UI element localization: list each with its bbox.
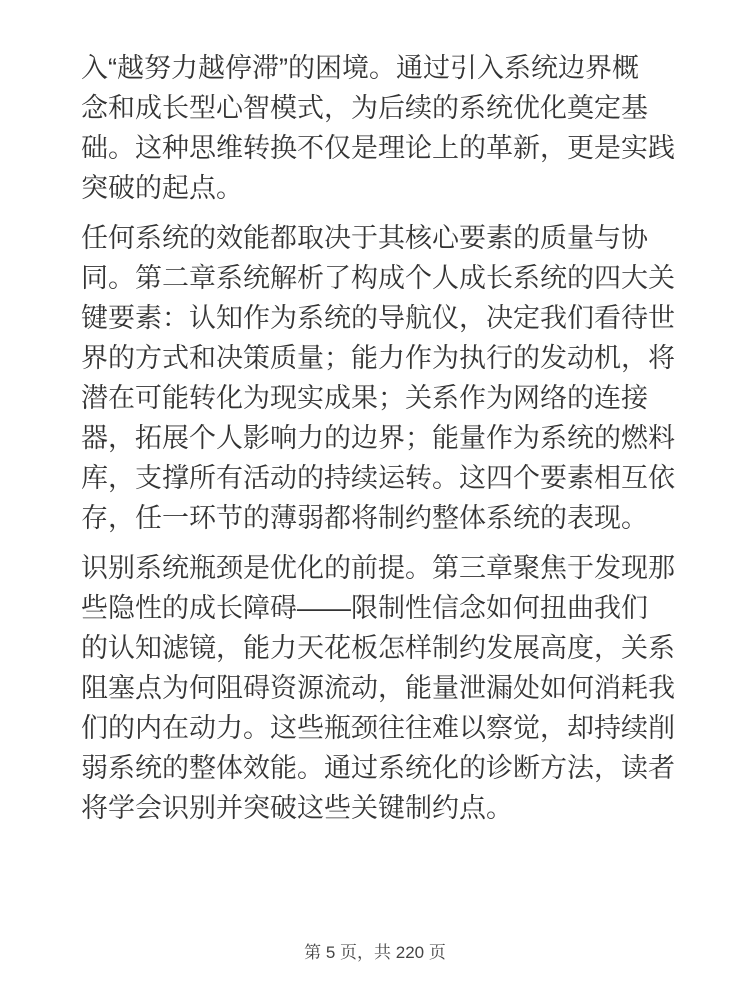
text-line: 弱系统的整体效能。通过系统化的诊断方法，读者 <box>81 748 691 788</box>
paragraph: 任何系统的效能都取决于其核心要素的质量与协 同。第二章系统解析了构成个人成长系统… <box>81 218 691 538</box>
text-line: 同。第二章系统解析了构成个人成长系统的四大关 <box>81 258 691 298</box>
paragraph: 入“越努力越停滞”的困境。通过引入系统边界概 念和成长型心智模式，为后续的系统优… <box>81 48 691 208</box>
text-line: 入“越努力越停滞”的困境。通过引入系统边界概 <box>81 48 691 88</box>
document-page: 入“越努力越停滞”的困境。通过引入系统边界概 念和成长型心智模式，为后续的系统优… <box>0 0 750 1000</box>
text-line: 器，拓展个人影响力的边界；能量作为系统的燃料 <box>81 418 691 458</box>
text-line: 念和成长型心智模式，为后续的系统优化奠定基 <box>81 88 691 128</box>
text-line: 们的内在动力。这些瓶颈往往难以察觉，却持续削 <box>81 708 691 748</box>
text-line: 的认知滤镜，能力天花板怎样制约发展高度，关系 <box>81 628 691 668</box>
page-number-footer: 第 5 页，共 220 页 <box>0 943 750 963</box>
text-line: 存，任一环节的薄弱都将制约整体系统的表现。 <box>81 498 691 538</box>
text-line: 潜在可能转化为现实成果；关系作为网络的连接 <box>81 378 691 418</box>
page-content: 入“越努力越停滞”的困境。通过引入系统边界概 念和成长型心智模式，为后续的系统优… <box>81 48 691 838</box>
text-line: 础。这种思维转换不仅是理论上的革新，更是实践 <box>81 128 691 168</box>
text-line: 识别系统瓶颈是优化的前提。第三章聚焦于发现那 <box>81 548 691 588</box>
text-line: 任何系统的效能都取决于其核心要素的质量与协 <box>81 218 691 258</box>
text-line: 库，支撑所有活动的持续运转。这四个要素相互依 <box>81 458 691 498</box>
text-line: 键要素：认知作为系统的导航仪，决定我们看待世 <box>81 298 691 338</box>
text-line: 将学会识别并突破这些关键制约点。 <box>81 788 691 828</box>
text-line: 些隐性的成长障碍——限制性信念如何扭曲我们 <box>81 588 691 628</box>
text-line: 界的方式和决策质量；能力作为执行的发动机，将 <box>81 338 691 378</box>
text-line: 阻塞点为何阻碍资源流动，能量泄漏处如何消耗我 <box>81 668 691 708</box>
page-indicator: 第 5 页，共 220 页 <box>304 943 446 962</box>
paragraph: 识别系统瓶颈是优化的前提。第三章聚焦于发现那 些隐性的成长障碍——限制性信念如何… <box>81 548 691 828</box>
text-line: 突破的起点。 <box>81 168 691 208</box>
